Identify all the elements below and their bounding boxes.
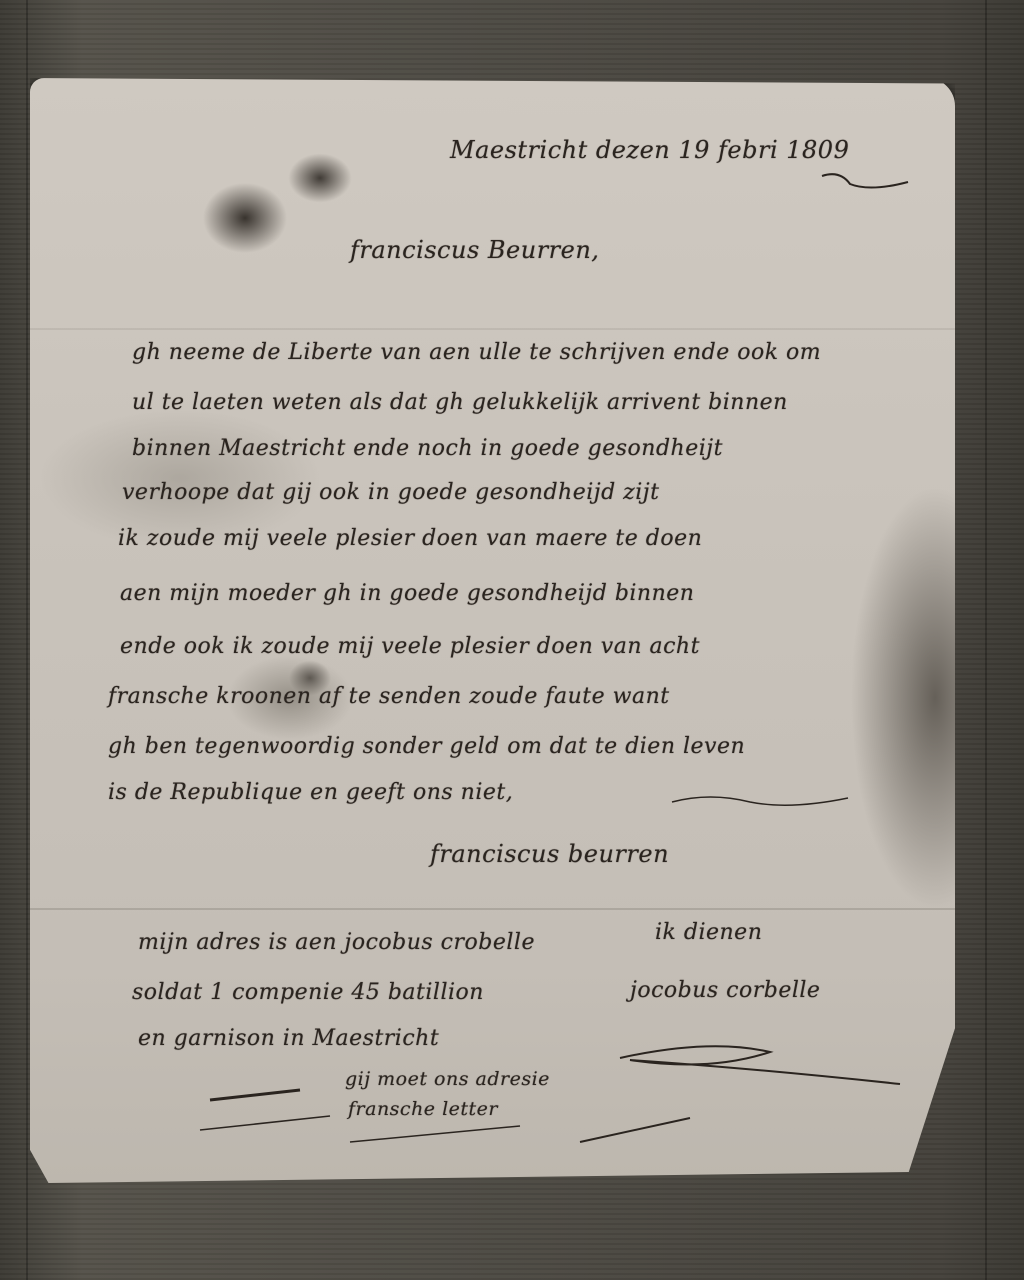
board-seam <box>26 0 28 1280</box>
address-line-1: mijn adres is aen jocobus crobelle <box>138 930 535 955</box>
body-line-9: gh ben tegenwoordig sonder geld om dat t… <box>108 734 745 759</box>
address-line-2: soldat 1 compenie 45 batillion <box>132 980 484 1005</box>
body-line-3: binnen Maestricht ende noch in goede ges… <box>132 436 723 461</box>
body-line-5: ik zoude mij veele plesier doen van maer… <box>118 526 702 551</box>
body-line-10: is de Republique en geeft ons niet, <box>108 780 513 805</box>
body-line-7: ende ook ik zoude mij veele plesier doen… <box>120 634 700 659</box>
address-right-2: jocobus corbelle <box>630 978 820 1003</box>
board-seam <box>985 0 987 1280</box>
body-line-2: ul te laeten weten als dat gh gelukkelij… <box>132 390 788 415</box>
body-line-8: fransche kroonen af te senden zoude faut… <box>108 684 670 709</box>
signature: franciscus beurren <box>430 840 669 868</box>
signature-flourishes <box>190 1038 930 1158</box>
date-flourish <box>820 170 910 194</box>
paper-fold <box>30 908 955 910</box>
letter-paper: Maestricht dezen 19 febri 1809 franciscu… <box>30 78 955 1183</box>
body-line-1: gh neeme de Liberte van aen ulle te schr… <box>132 340 821 365</box>
body-line-4: verhoope dat gij ook in goede gesondheij… <box>122 480 659 505</box>
body-line-6: aen mijn moeder gh in goede gesondheijd … <box>120 581 694 606</box>
paper-fold <box>30 328 955 330</box>
closing-flourish <box>670 790 850 812</box>
salutation: franciscus Beurren, <box>350 236 599 264</box>
address-right-1: ik dienen <box>655 920 762 945</box>
place-date: Maestricht dezen 19 febri 1809 <box>450 136 849 164</box>
